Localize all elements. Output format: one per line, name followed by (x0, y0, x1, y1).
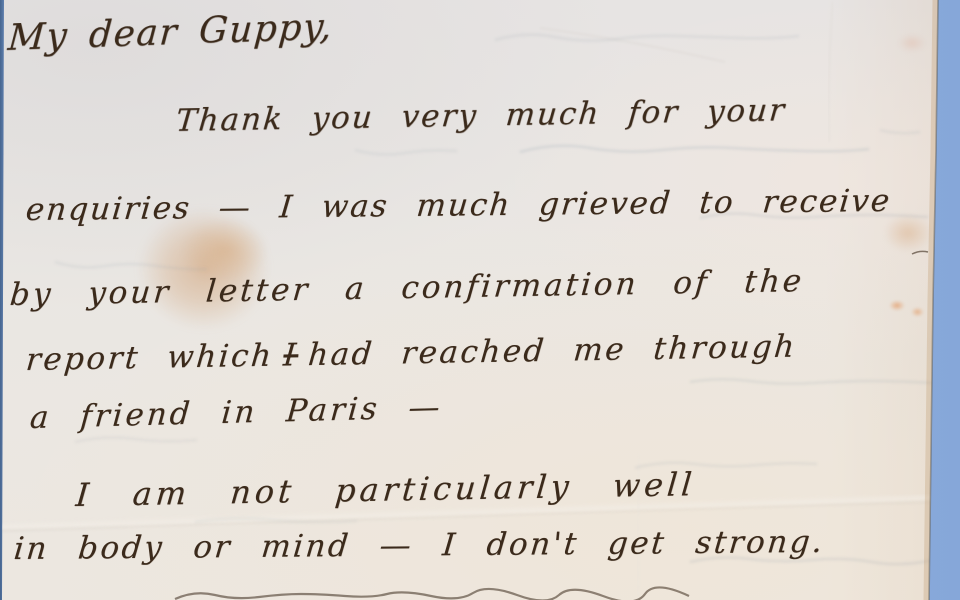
letter-line: I am not particularly well (74, 465, 697, 514)
letter-paper: My dear Guppy, Thank you very much for y… (0, 0, 960, 600)
orange-speck (911, 307, 924, 317)
letter-line: in body or mind — I don't get strong. (12, 524, 826, 567)
struck-word: I (282, 337, 300, 373)
letter-line: a friend in Paris — (29, 389, 444, 436)
letter-line: report whichIhad reached me through (24, 329, 798, 379)
top-right-smudge (898, 34, 926, 52)
partial-bottom-line (175, 587, 689, 600)
orange-speck (889, 300, 905, 311)
line-segment: had reached me through (307, 329, 799, 374)
stray-ink-mark (912, 251, 928, 254)
vertical-crease (829, 2, 834, 142)
letter-line: enquiries — I was much grieved to receiv… (24, 183, 893, 228)
line-segment: report which (24, 338, 275, 378)
right-edge-stain (884, 214, 932, 252)
salutation-line: My dear Guppy, (7, 7, 335, 59)
letter-line: by your letter a confirmation of the (8, 263, 805, 313)
photograph-of-handwritten-letter: My dear Guppy, Thank you very much for y… (0, 0, 960, 600)
diagonal-crease (540, 28, 725, 62)
letter-line: Thank you very much for your (174, 92, 787, 139)
